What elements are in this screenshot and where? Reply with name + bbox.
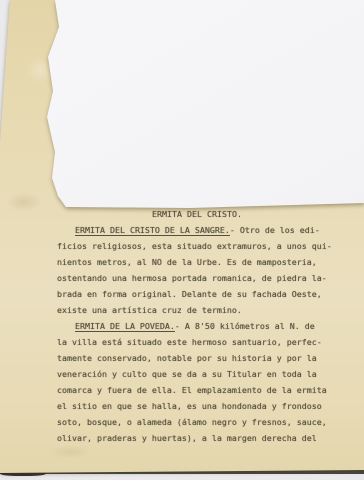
typed-line: el sitio en que se halla, es una hondona… <box>57 398 337 414</box>
typed-line: ostentando una hermosa portada romanica,… <box>57 270 337 286</box>
typed-line: nientos metros, al NO de la Urbe. Es de … <box>57 254 337 270</box>
line-text: - A 8'50 kilómetros al N. de <box>175 321 315 331</box>
typed-line: existe una artística cruz de termino. <box>57 302 337 318</box>
typed-line: ERMITA DE LA POVEDA.- A 8'50 kilómetros … <box>57 318 337 334</box>
typed-line: brada en forma original. Delante de su f… <box>57 286 337 302</box>
typed-text-block: ERMITA DEL CRISTO. ERMITA DEL CRISTO DE … <box>57 206 337 446</box>
document-title: ERMITA DEL CRISTO. <box>57 206 337 222</box>
scanned-document: ERMITA DEL CRISTO. ERMITA DEL CRISTO DE … <box>0 0 364 480</box>
typed-line: comarca y fuera de ella. El emplazamient… <box>57 382 337 398</box>
typed-line: soto, bosque, o alameda (álamo negro y f… <box>57 414 337 430</box>
typed-line: la villa está situado este hermoso santu… <box>57 334 337 350</box>
typed-line: olivar, praderas y huertas), a la margen… <box>57 430 337 446</box>
typed-line: ficios religiosos, esta situado extramur… <box>57 238 337 254</box>
underlined-heading: ERMITA DE LA POVEDA. <box>75 321 175 331</box>
typed-line: tamente conservado, notable por su histo… <box>57 350 337 366</box>
typed-line: ERMITA DEL CRISTO DE LA SANGRE.- Otro de… <box>57 222 337 238</box>
underlined-heading: ERMITA DEL CRISTO DE LA SANGRE. <box>75 225 230 235</box>
typed-line: veneración y culto que se da a su Titula… <box>57 366 337 382</box>
line-text: - Otro de los edi- <box>230 225 320 235</box>
